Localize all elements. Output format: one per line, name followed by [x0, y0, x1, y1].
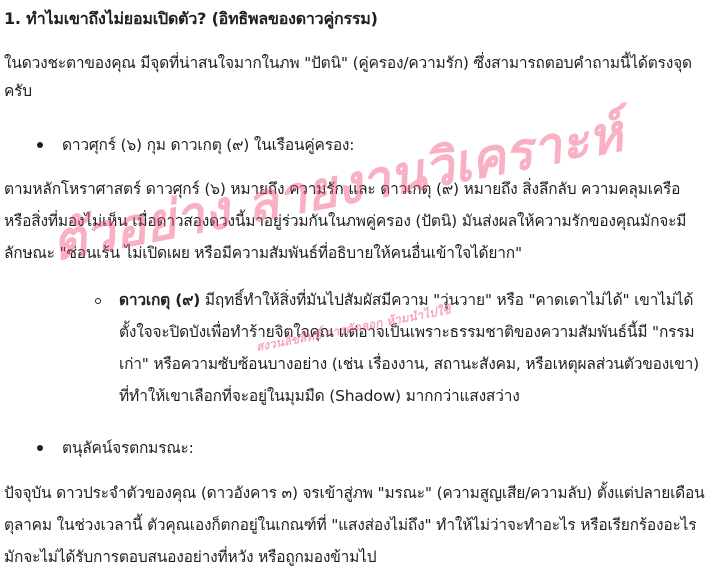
document-page: 1. ทำไมเขาถึงไม่ยอมเปิดตัว? (อิทธิพลของด…	[0, 0, 726, 575]
intro-line-1: ในดวงชะตาของคุณ มีจุดที่น่าสนใจมากในภพ "…	[4, 52, 692, 74]
sub-bullet-ring-icon	[95, 298, 101, 304]
bullet-2-para-line-3: มักจะไม่ได้รับการตอบสนองอย่างที่หวัง หรื…	[4, 546, 376, 568]
bullet-2-para-line-1: ปัจจุบัน ดาวประจำตัวของคุณ (ดาวอังคาร ๓)…	[4, 482, 705, 504]
section-heading: 1. ทำไมเขาถึงไม่ยอมเปิดตัว? (อิทธิพลของด…	[4, 8, 378, 30]
bullet-1-para-line-1: ตามหลักโหราศาสตร์ ดาวศุกร์ (๖) หมายถึง ค…	[4, 178, 680, 200]
sub-bullet-line-1: ดาวเกตุ (๙) มีฤทธิ์ทำให้สิ่งที่มันไปสัมผ…	[119, 289, 693, 311]
sub-bullet-line-3: เก่า" หรือความซับซ้อนบางอย่าง (เช่น เรื่…	[119, 353, 699, 375]
bullet-1-label: ดาวศุกร์ (๖) กุม ดาวเกตุ (๙) ในเรือนคู่ค…	[62, 134, 354, 156]
bullet-dot-icon	[37, 445, 43, 451]
sub-bullet-bold-label: ดาวเกตุ (๙)	[119, 291, 200, 309]
bullet-1-para-line-2: หรือสิ่งที่มองไม่เห็น เมื่อดาวสองดวงนี้ม…	[4, 210, 686, 232]
intro-line-2: ครับ	[4, 80, 32, 102]
bullet-1-para-line-3: ลักษณะ "ซ่อนเร้น ไม่เปิดเผย หรือมีความสั…	[4, 242, 522, 264]
bullet-2-para-line-2: ตุลาคม ในช่วงเวลานี้ ตัวคุณเองก็ตกอยู่ใน…	[4, 514, 696, 536]
sub-bullet-line-4: ที่ทำให้เขาเลือกที่จะอยู่ในมุมมืด (Shado…	[119, 385, 520, 407]
bullet-dot-icon	[37, 142, 43, 148]
sub-bullet-text: มีฤทธิ์ทำให้สิ่งที่มันไปสัมผัสมีความ "วุ…	[200, 291, 693, 309]
bullet-2-label: ตนุลัคน์จรตกมรณะ:	[62, 437, 194, 459]
sub-bullet-line-2: ตั้งใจจะปิดบังเพื่อทำร้ายจิตใจคุณ แต่อาจ…	[119, 321, 694, 343]
